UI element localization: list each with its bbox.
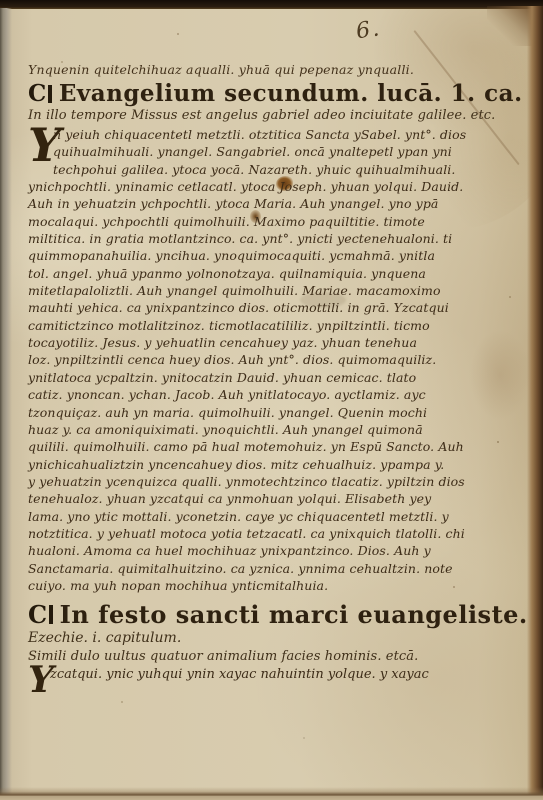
body-line: ynichicahualiztzin yncencahuey dios. mit… <box>28 456 506 473</box>
body-line: camitictzinco motlalitzinoz. ticmotlacat… <box>28 317 506 334</box>
latin-incipit-2: Simili dulo uultus quatuor animalium fac… <box>28 649 506 664</box>
chapter-line: Ezechie. i. capitulum. <box>28 630 506 646</box>
body-line: lama. yno ytic mottali. yconetzin. caye … <box>28 508 506 525</box>
body-line: zcatqui. ynic yuhqui ynin xayac nahuinti… <box>28 666 506 684</box>
body-line: mocalaqui. ychpochtli quimolhuili. Maxim… <box>28 213 506 230</box>
body-line: n yeiuh chiquacentetl metztli. otztitica… <box>28 126 506 143</box>
gospel-heading: CEvangelium secundum. lucā. 1. ca. <box>28 80 506 107</box>
latin-incipit: In illo tempore Missus est angelus gabri… <box>28 108 506 123</box>
body-line: Auh in yehuatzin ychpochtli. ytoca Maria… <box>28 195 506 212</box>
drop-cap-initial: Y <box>28 123 50 175</box>
body-line: hualoni. Amoma ca huel mochihuaz ynixpan… <box>28 542 506 559</box>
body-line: miltitica. in gratia motlantzinco. ca. y… <box>28 230 506 247</box>
marci-heading: CIn festo sancti marci euangeliste. lect… <box>28 600 506 629</box>
manuscript-page-scan: 6. Ynquenin quitelchihuaz aqualli. yhuā … <box>0 0 543 800</box>
body-line: mitetlapaloliztli. Auh ynangel quimolhui… <box>28 282 506 299</box>
body-line: cuiyo. ma yuh nopan mochihua ynticmitalh… <box>28 577 506 594</box>
capitulum-icon: C <box>28 85 52 103</box>
body-line: loz. ynpiltzintli cenca huey dios. Auh y… <box>28 351 506 368</box>
body-line: Sanctamaria. quimitalhuitzino. ca yznica… <box>28 560 506 577</box>
page-edge-right <box>526 6 543 800</box>
body-line: tol. angel. yhuā ypanmo yolnonotzaya. qu… <box>28 265 506 282</box>
drop-cap-initial: Y <box>28 664 47 700</box>
body-line: notztitica. y yehuatl motoca yotia tetza… <box>28 525 506 542</box>
gospel-heading-text: Evangelium secundum. lucā. 1. ca. <box>59 80 523 107</box>
body-line: tenehualoz. yhuan yzcatqui ca ynmohuan y… <box>28 490 506 507</box>
marci-heading-text: In festo sancti marci euangeliste. lecti… <box>60 600 543 629</box>
body-line: tocayotiliz. Jesus. y yehuatlin cencahue… <box>28 334 506 351</box>
body-line: ynichpochtli. yninamic cetlacatl. ytoca … <box>28 178 506 195</box>
body-line: catiz. ynoncan. ychan. Jacob. Auh ynitla… <box>28 386 506 403</box>
prefatory-line: Ynquenin quitelchihuaz aqualli. yhuā qui… <box>28 62 506 77</box>
body-line: quimmopanahuilia. yncihua. ynoquimocaqui… <box>28 247 506 264</box>
page-gutter-left <box>0 8 12 800</box>
body-line: techpohui galilea. ytoca yocā. Nazareth.… <box>28 161 506 178</box>
manuscript-text-block: Ynquenin quitelchihuaz aqualli. yhuā qui… <box>28 62 506 700</box>
capitulum-icon: C <box>28 605 53 624</box>
page-edge-top <box>0 0 543 9</box>
body-line: quihualmihuali. ynangel. Sangabriel. onc… <box>28 143 506 160</box>
gospel-body: n yeiuh chiquacentetl metztli. otztitica… <box>28 126 506 594</box>
body-line: huaz y. ca amoniquiximati. ynoquichtli. … <box>28 421 506 438</box>
body-line: ynitlatoca ycpaltzin. ynitocatzin Dauid.… <box>28 369 506 386</box>
body-line: tzonquiçaz. auh yn maria. quimolhuili. y… <box>28 404 506 421</box>
body-line: mauhti yehica. ca ynixpantzinco dios. ot… <box>28 299 506 316</box>
body-line: y yehuatzin ycenquizca qualli. ynmotecht… <box>28 473 506 490</box>
body-line: quilili. quimolhuili. camo pā hual motem… <box>28 438 506 455</box>
page-edge-bottom <box>0 787 543 800</box>
